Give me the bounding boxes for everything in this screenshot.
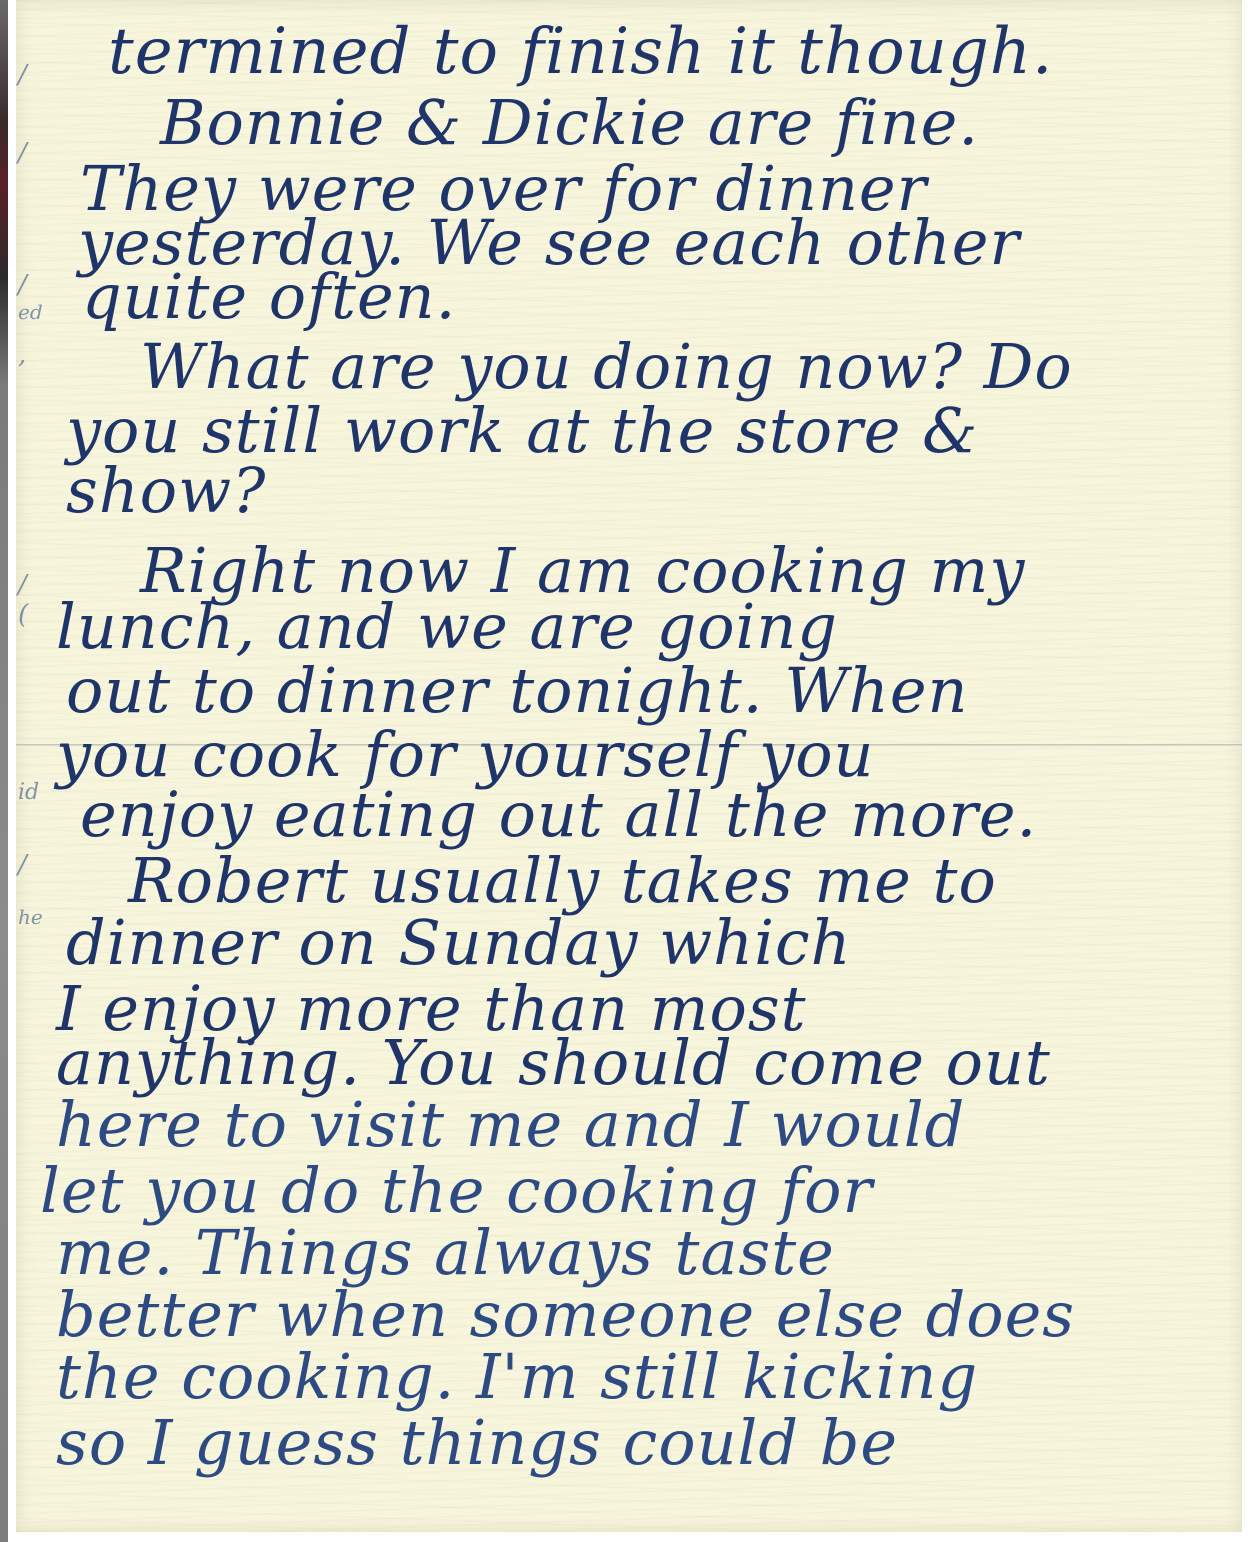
letter-line: lunch, and we are going xyxy=(56,596,838,658)
letter-line: anything. You should come out xyxy=(56,1032,1051,1094)
letter-line: the cooking. I'm still kicking xyxy=(56,1346,978,1408)
letter-line: out to dinner tonight. When xyxy=(66,660,968,722)
letter-line: you still work at the store & xyxy=(66,400,978,462)
letter-line: What are you doing now? Do xyxy=(140,336,1073,398)
letter-line: better when someone else does xyxy=(56,1284,1075,1346)
letter-line: let you do the cooking for xyxy=(40,1160,873,1222)
letter-line: enjoy eating out all the more. xyxy=(80,784,1037,846)
letter-line: so I guess things could be xyxy=(56,1412,898,1474)
letter-line: Robert usually takes me to xyxy=(128,850,997,912)
letter-line: dinner on Sunday which xyxy=(66,912,852,974)
letter-line: Bonnie & Dickie are fine. xyxy=(160,92,979,154)
letter-line: here to visit me and I would xyxy=(56,1094,965,1156)
letter-line: me. Things always taste xyxy=(56,1222,835,1284)
letter-line: you cook for yourself you xyxy=(56,724,874,786)
letter-line: show? xyxy=(66,460,266,522)
scanned-page: / / / ed , / ( id / he termined to finis… xyxy=(0,0,1249,1542)
letter-line: termined to finish it though. xyxy=(108,20,1053,84)
letter-body: termined to finish it though. Bonnie & D… xyxy=(0,0,1249,1542)
letter-line: quite often. xyxy=(82,266,456,328)
